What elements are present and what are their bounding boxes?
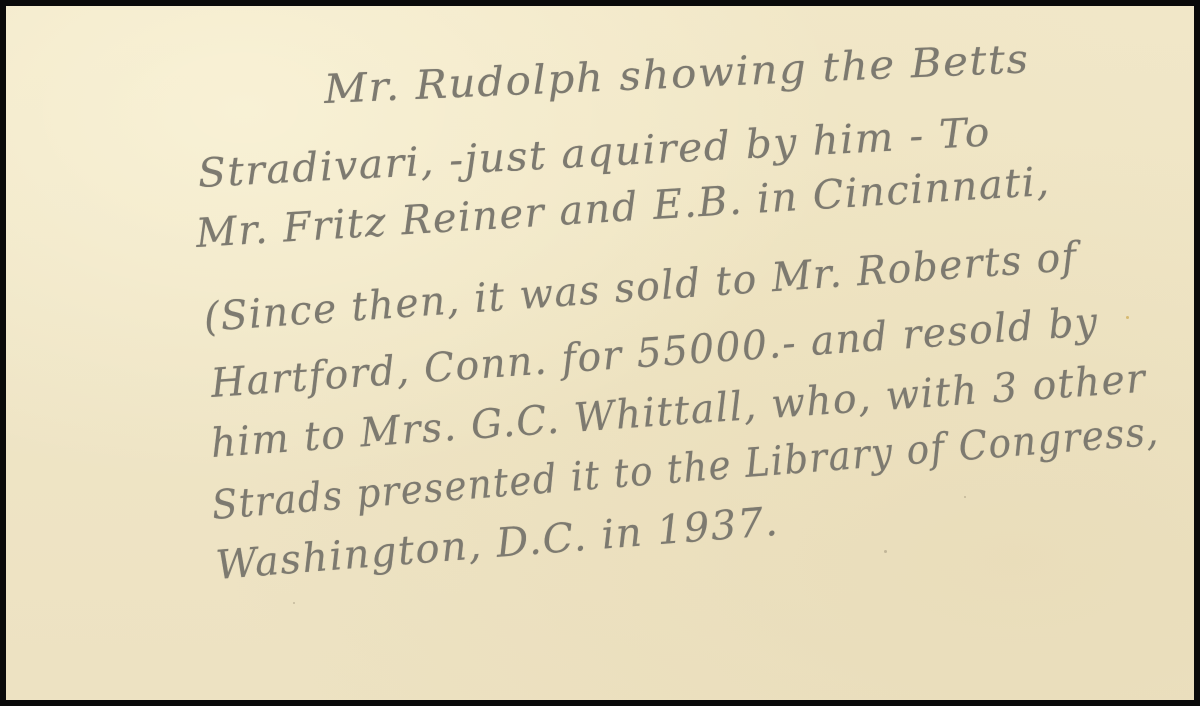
paper-speck: [1126, 316, 1129, 319]
note-line-1: Mr. Rudolph showing the Betts: [323, 39, 1030, 110]
paper-speck: [884, 550, 887, 553]
paper-sheet: Mr. Rudolph showing the Betts Stradivari…: [6, 6, 1194, 700]
paper-speck: [964, 496, 966, 498]
photo-border: Mr. Rudolph showing the Betts Stradivari…: [0, 0, 1200, 706]
paper-speck: [293, 602, 295, 604]
